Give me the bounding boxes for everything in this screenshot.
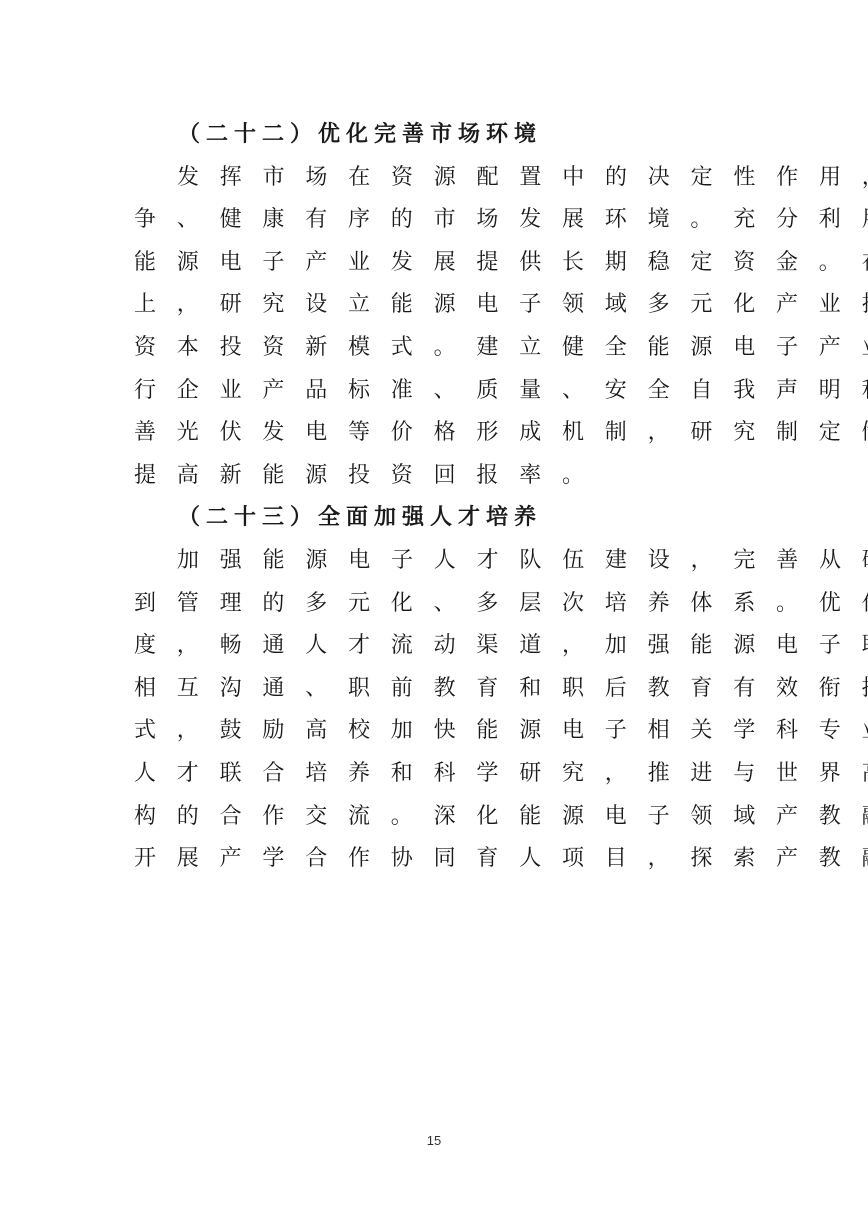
paragraph-line: 加强能源电子人才队伍建设，完善从研发、转化、生产	[134, 540, 736, 583]
paragraph-line: 式，鼓励高校加快能源电子相关学科专业建设，开展高素质	[134, 710, 736, 753]
paragraph-line: 度，畅通人才流动渠道，加强能源电子职业教育和普通教育	[134, 625, 736, 668]
document-page: （二十二）优化完善市场环境 发挥市场在资源配置中的决定性作用，推动建立公平竞 争…	[0, 0, 868, 1227]
section-heading: （二十三）全面加强人才培养	[134, 497, 736, 540]
paragraph-line: 能源电子产业发展提供长期稳定资金。在审慎评估的基础	[134, 242, 736, 285]
paragraph-line: 开展产学合作协同育人项目，探索产教融合创新平台建设。	[134, 838, 736, 881]
paragraph-line: 上，研究设立能源电子领域多元化产业投资基金，探索社会	[134, 284, 736, 327]
page-number: 15	[0, 1133, 868, 1148]
paragraph-line: 人才联合培养和科学研究，推进与世界高水平大学和学术机	[134, 753, 736, 796]
paragraph-line: 相互沟通、职前教育和职后教育有效衔接。创新人才培养模	[134, 668, 736, 711]
section-heading: （二十二）优化完善市场环境	[134, 114, 736, 157]
paragraph-line: 行企业产品标准、质量、安全自我声明和监督制度。推动完	[134, 370, 736, 413]
paragraph-line: 资本投资新模式。建立健全能源电子产业企业信用体系，推	[134, 327, 736, 370]
paragraph-line: 到管理的多元化、多层次培养体系。优化人才评价和激励制	[134, 583, 736, 626]
paragraph-line: 提高新能源投资回报率。	[134, 455, 736, 498]
paragraph-line: 构的合作交流。深化能源电子领域产教融合，鼓励校企联合	[134, 796, 736, 839]
page-body: （二十二）优化完善市场环境 发挥市场在资源配置中的决定性作用，推动建立公平竞 争…	[134, 114, 736, 881]
paragraph-line: 善光伏发电等价格形成机制，研究制定储能成本补偿机制，	[134, 412, 736, 455]
paragraph-line: 发挥市场在资源配置中的决定性作用，推动建立公平竞	[134, 157, 736, 200]
paragraph-line: 争、健康有序的市场发展环境。充分利用各类产业基金，为	[134, 199, 736, 242]
